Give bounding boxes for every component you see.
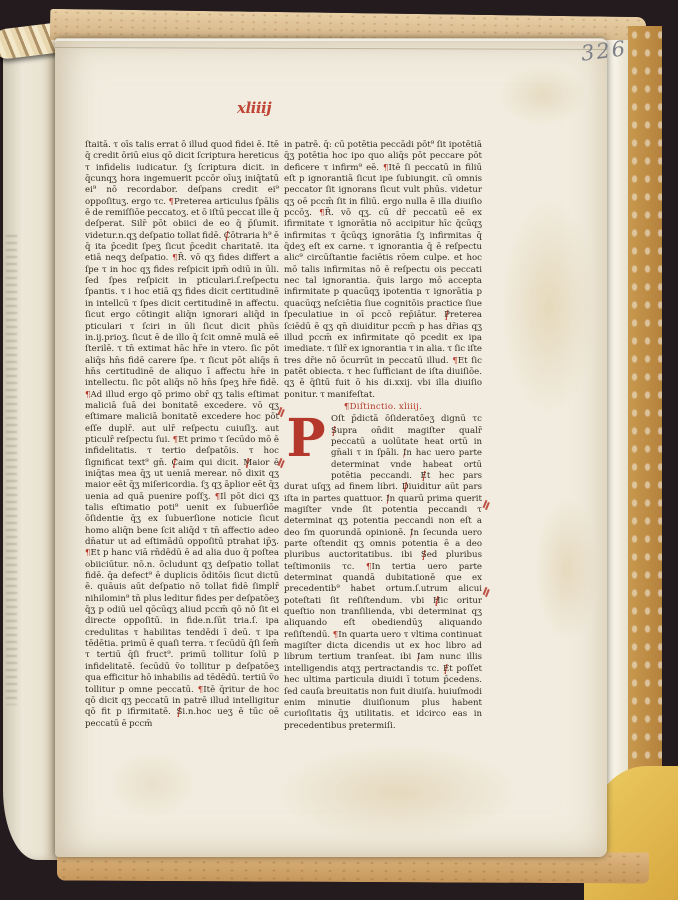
stain: [480, 53, 605, 138]
vellum-right-edge: [628, 26, 662, 868]
page-crease: [55, 47, 607, 50]
rubric-margin-mark: [483, 500, 488, 508]
right-column-part2: POſt p̄dictā ōſideratōeʒ dignū τc Supra …: [284, 414, 482, 732]
stain: [483, 157, 615, 457]
book-photo: { "page": { "pencil_number": "326", "fol…: [0, 0, 678, 900]
drop-cap-initial-p: P: [284, 416, 328, 471]
stain: [90, 737, 215, 832]
stain: [230, 727, 565, 859]
folio-number-rubric: xliiij: [237, 99, 271, 117]
facing-page-text-showthrough: [6, 235, 17, 705]
stain: [521, 467, 613, 672]
book-page: 326 xliiij ſtaitā. τ oīs talis errat ō i…: [55, 38, 607, 857]
right-text-column: in patrē. q̄: cū potētia peccādi pōt⁹ ſi…: [284, 140, 482, 740]
right-column-part1: in patrē. q̄: cū potētia peccādi pōt⁹ ſi…: [284, 140, 482, 401]
rubric-margin-mark: [483, 587, 488, 595]
left-text-column: ſtaitā. τ oīs talis errat ō illud quod f…: [85, 140, 279, 746]
